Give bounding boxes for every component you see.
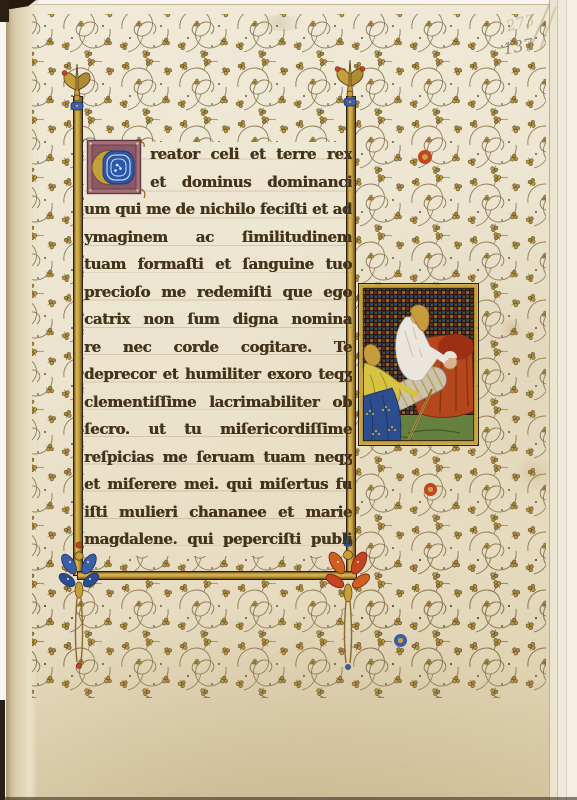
text-line: et dominus dominanci <box>84 169 352 197</box>
vine-border-top <box>32 14 546 142</box>
fleur-de-lis-finial-right <box>334 58 366 112</box>
text-line: magdalene. qui peperciſti publi <box>84 526 352 554</box>
text-line: ſecro. ut tu miſericordiſſime deus <box>84 416 352 444</box>
text-line: precioſo me redemiſti que ego pec <box>84 279 352 307</box>
text-line: um qui me de nichilo feciſti et ad <box>84 196 352 224</box>
text-line: tuam formaſti et ſanguine tuo <box>84 251 352 279</box>
text-line: deprecor et humiliter exoro teqʒ <box>84 361 352 389</box>
text-line: ymaginem ac ſimilitudinem <box>84 224 352 252</box>
border-bar-left <box>73 96 83 576</box>
acanthus-ornament-bottom-right <box>324 537 374 675</box>
manuscript-scan: { "folio_marks": { "faint": "273", "main… <box>0 0 577 800</box>
text-line: reſpicias me ſeruam tuam neqʒ <box>84 444 352 472</box>
book-fore-edge <box>549 0 577 800</box>
text-line: re nec corde cogitare. Te ſuppliciť <box>84 334 352 362</box>
blue-flower-accent <box>394 634 407 647</box>
text-line: iſti mulieri chananee et marie <box>84 499 352 527</box>
text-line: clementiſſime lacrimabiliter ob <box>84 389 352 417</box>
red-flower-accent <box>418 150 432 164</box>
text-line: reator celi et terre rex regū <box>84 141 352 169</box>
text-line: catrix non ſum digna nomina <box>84 306 352 334</box>
border-bar-bottom <box>77 571 357 580</box>
binding-shadow <box>0 0 9 22</box>
binding-shadow <box>0 700 5 800</box>
text-block: reator celi et terre rex regū et dominus… <box>84 141 352 555</box>
fleur-de-lis-finial-left <box>61 62 93 116</box>
miniature-bedside-scene <box>358 283 479 446</box>
text-line: et miſerere mei. qui miſertus fu <box>84 471 352 499</box>
red-flower-accent <box>424 483 437 496</box>
acanthus-ornament-bottom-left <box>58 540 104 672</box>
